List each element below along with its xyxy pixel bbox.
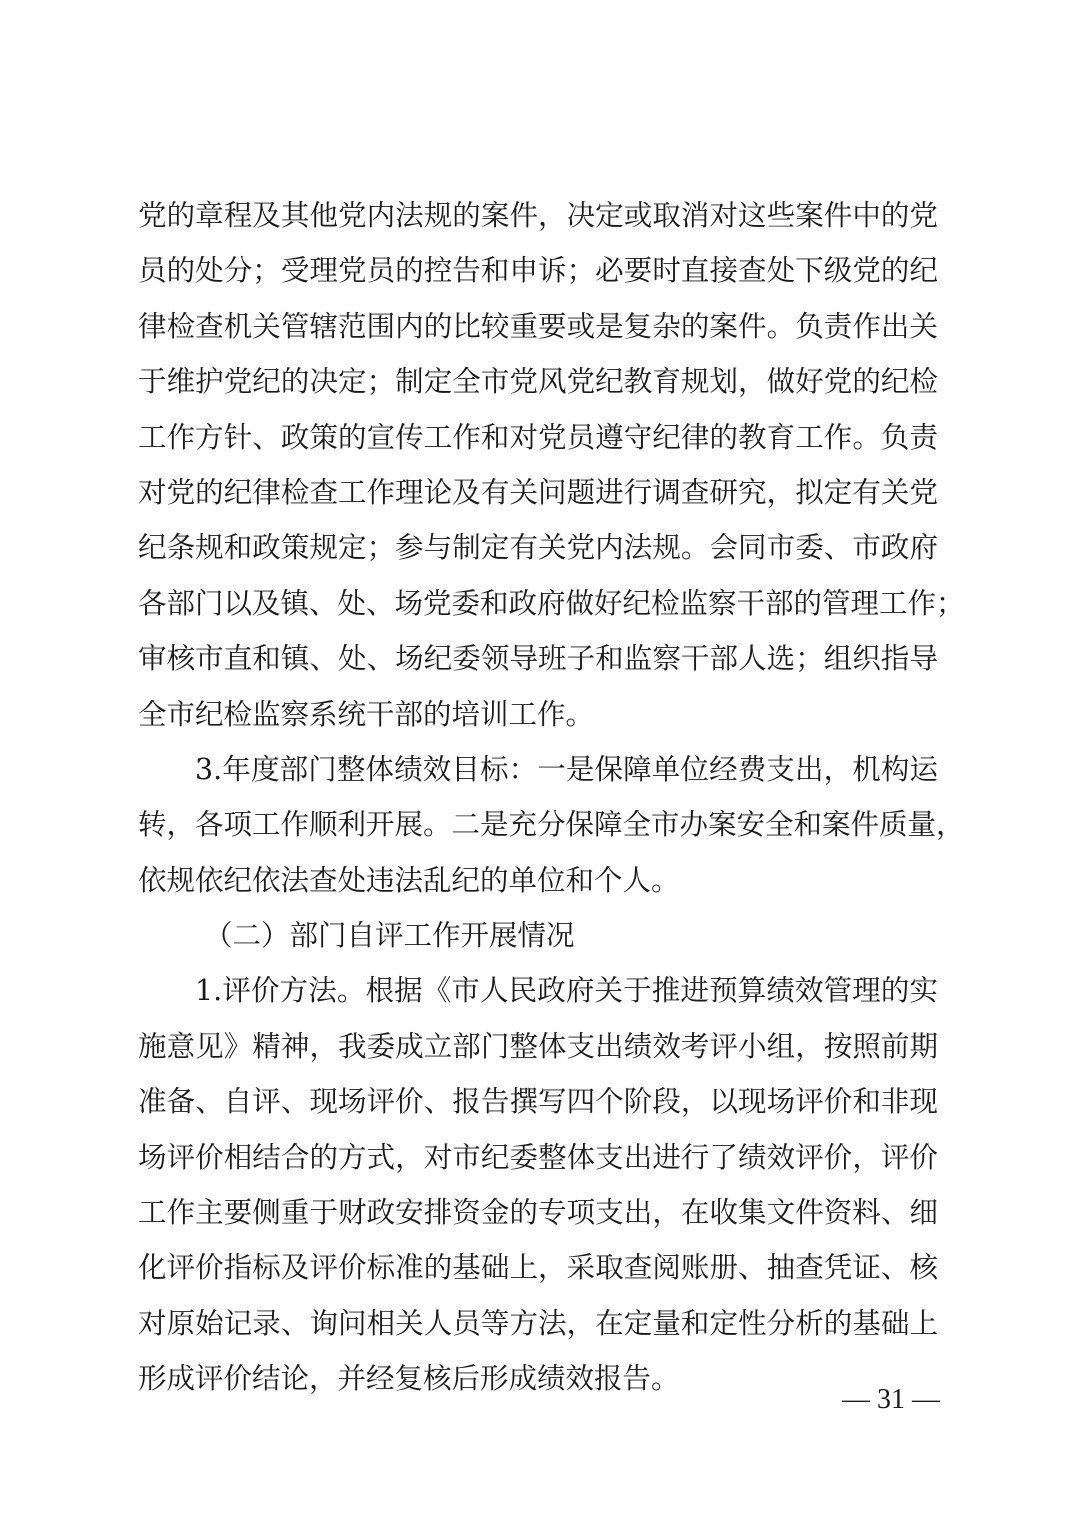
page-number: — 31 — xyxy=(830,1384,940,1416)
paragraph-annual-goal: 3.年度部门整体绩效目标：一是保障单位经费支出，机构运 转，各项工作顺利开展。二… xyxy=(138,742,938,908)
text-line: 形成评价结论，并经复核后形成绩效报告。 xyxy=(138,1351,938,1406)
document-page: 党的章程及其他党内法规的案件，决定或取消对这些案件中的党 员的处分；受理党员的控… xyxy=(0,0,1074,1520)
text-line: 化评价指标及评价标准的基础上，采取查阅账册、抽查凭证、核 xyxy=(138,1240,938,1295)
text-line: 审核市直和镇、处、场纪委领导班子和监察干部人选；组织指导 xyxy=(138,631,938,686)
text-line: 对党的纪律检查工作理论及有关问题进行调查研究，拟定有关党 xyxy=(138,465,938,520)
text-line: 准备、自评、现场评价、报告撰写四个阶段，以现场评价和非现 xyxy=(138,1074,938,1129)
text-line: 党的章程及其他党内法规的案件，决定或取消对这些案件中的党 xyxy=(138,188,938,243)
text-line: 员的处分；受理党员的控告和申诉；必要时直接查处下级党的纪 xyxy=(138,243,938,298)
text-line: 转，各项工作顺利开展。二是充分保障全市办案安全和案件质量， xyxy=(138,797,938,852)
text-line: 施意见》精神，我委成立部门整体支出绩效考评小组，按照前期 xyxy=(138,1019,938,1074)
text-line: 纪条规和政策规定；参与制定有关党内法规。会同市委、市政府 xyxy=(138,520,938,575)
text-line: 依规依纪依法查处违法乱纪的单位和个人。 xyxy=(138,853,938,908)
text-line: 各部门以及镇、处、场党委和政府做好纪检监察干部的管理工作； xyxy=(138,576,938,631)
text-line: 工作主要侧重于财政安排资金的专项支出，在收集文件资料、细 xyxy=(138,1185,938,1240)
text-line: 1.评价方法。根据《市人民政府关于推进预算绩效管理的实 xyxy=(138,963,938,1018)
text-line: 对原始记录、询问相关人员等方法，在定量和定性分析的基础上 xyxy=(138,1296,938,1351)
paragraph-evaluation-method: 1.评价方法。根据《市人民政府关于推进预算绩效管理的实 施意见》精神，我委成立部… xyxy=(138,963,938,1406)
text-line: 全市纪检监察系统干部的培训工作。 xyxy=(138,687,938,742)
text-line: 3.年度部门整体绩效目标：一是保障单位经费支出，机构运 xyxy=(138,742,938,797)
text-line: 场评价相结合的方式，对市纪委整体支出进行了绩效评价，评价 xyxy=(138,1130,938,1185)
text-line: 于维护党纪的决定；制定全市党风党纪教育规划，做好党的纪检 xyxy=(138,354,938,409)
text-line: 工作方针、政策的宣传工作和对党员遵守纪律的教育工作。负责 xyxy=(138,410,938,465)
heading-text: （二）部门自评工作开展情况 xyxy=(138,908,938,963)
paragraph-duties-continued: 党的章程及其他党内法规的案件，决定或取消对这些案件中的党 员的处分；受理党员的控… xyxy=(138,188,938,742)
body-text: 党的章程及其他党内法规的案件，决定或取消对这些案件中的党 员的处分；受理党员的控… xyxy=(138,188,938,1407)
text-line: 律检查机关管辖范围内的比较重要或是复杂的案件。负责作出关 xyxy=(138,299,938,354)
section-heading: （二）部门自评工作开展情况 xyxy=(138,908,938,963)
